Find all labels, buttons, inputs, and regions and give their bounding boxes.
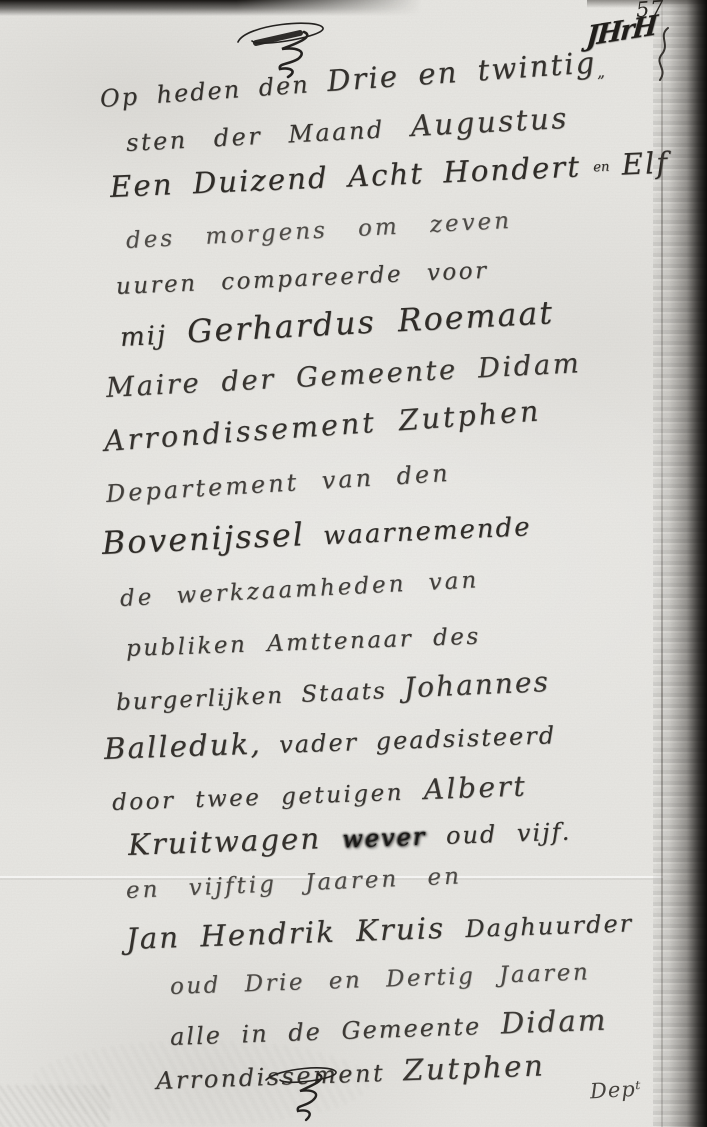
manuscript-line: Kruitwagen wever oud vijf. xyxy=(127,813,571,862)
manuscript-text-segment: des morgens om zeven xyxy=(125,208,512,254)
manuscript-text-segment: alle in de Gemeente xyxy=(170,1011,502,1051)
manuscript-text-segment: de werkzaamheden van xyxy=(119,567,480,612)
manuscript-line: Balleduk, vader geadsisteerd xyxy=(103,716,556,766)
manuscript-line: oud Drie en Dertig Jaaren xyxy=(170,959,591,1000)
manuscript-line: en vijftig Jaaren en xyxy=(125,863,462,904)
manuscript-text-segment: Drie en twintig xyxy=(326,45,597,98)
manuscript-text-segment: „ xyxy=(596,63,607,82)
manuscript-line: alle in de Gemeente Didam xyxy=(169,1003,608,1052)
manuscript-text-segment: Albert xyxy=(423,770,528,807)
corner-smudge xyxy=(0,1085,110,1127)
manuscript-text-segment: Johannes xyxy=(403,665,550,704)
manuscript-text-segment: Departement van den xyxy=(105,459,451,508)
manuscript-text-segment: Een Duizend Acht Hondert xyxy=(109,149,581,204)
manuscript-line: mij Gerhardus Roemaat xyxy=(119,295,555,354)
scanned-register-page: 57 JHrH Op heden den Drie en twintig„ste… xyxy=(0,0,707,1127)
manuscript-text-segment: wever xyxy=(342,823,427,854)
manuscript-line: publiken Amttenaar des xyxy=(126,624,482,662)
margin-squiggle-icon xyxy=(652,24,678,84)
manuscript-text-segment: en vijftig Jaaren en xyxy=(125,863,462,904)
manuscript-text-segment: oud Drie en Dertig Jaaren xyxy=(170,959,591,1000)
manuscript-text-segment: burgerlijken Staats xyxy=(116,677,405,716)
manuscript-text-segment: Arrondissement Zutphen xyxy=(103,393,543,457)
manuscript-text-segment: Daghuurder xyxy=(465,909,634,943)
manuscript-line: Arrondissement Zutphen xyxy=(103,393,543,457)
scan-dark-top-edge xyxy=(0,0,430,16)
manuscript-text-segment: sten der Maand xyxy=(125,114,411,157)
manuscript-text-segment: Zutphen xyxy=(403,1048,546,1087)
manuscript-line: burgerlijken Staats Johannes xyxy=(115,665,550,717)
manuscript-text-segment: door twee getuigen xyxy=(112,779,425,816)
manuscript-line: Bovenijssel waarnemende xyxy=(101,507,532,562)
manuscript-text-segment: vader geadsisteerd xyxy=(261,721,556,759)
catchword: Depᵗ xyxy=(589,1077,642,1104)
manuscript-text-segment: Augustus xyxy=(410,101,570,143)
manuscript-text-segment: Balleduk, xyxy=(103,727,262,766)
manuscript-text-segment: oud vijf. xyxy=(426,818,572,851)
manuscript-line: Jan Hendrik Kruis Daghuurder xyxy=(125,904,633,956)
manuscript-text-segment: Bovenijssel xyxy=(101,517,305,562)
manuscript-text-segment: mij xyxy=(119,319,188,352)
manuscript-line: Departement van den xyxy=(105,459,451,508)
manuscript-text-segment: Didam xyxy=(500,1003,608,1041)
manuscript-text-segment: Jan Hendrik Kruis xyxy=(125,910,466,956)
manuscript-text-segment: Kruitwagen xyxy=(127,821,343,862)
manuscript-line: Arrondissement Zutphen xyxy=(155,1048,545,1096)
manuscript-text-segment: uuren compareerde voor xyxy=(115,258,489,300)
manuscript-line: de werkzaamheden van xyxy=(119,567,480,612)
manuscript-line: door twee getuigen Albert xyxy=(111,770,527,817)
manuscript-text-segment: en xyxy=(581,159,622,176)
manuscript-text-segment: waarnemende xyxy=(304,512,532,552)
manuscript-text-segment: Elf xyxy=(621,146,670,182)
manuscript-line: des morgens om zeven xyxy=(125,208,512,254)
manuscript-text-segment: Gerhardus Roemaat xyxy=(186,295,555,350)
manuscript-text-segment: Op heden den xyxy=(99,69,328,113)
manuscript-line: uuren compareerde voor xyxy=(115,258,489,300)
manuscript-text-segment: publiken Amttenaar des xyxy=(126,624,482,662)
manuscript-text-segment: Arrondissement xyxy=(156,1058,404,1095)
